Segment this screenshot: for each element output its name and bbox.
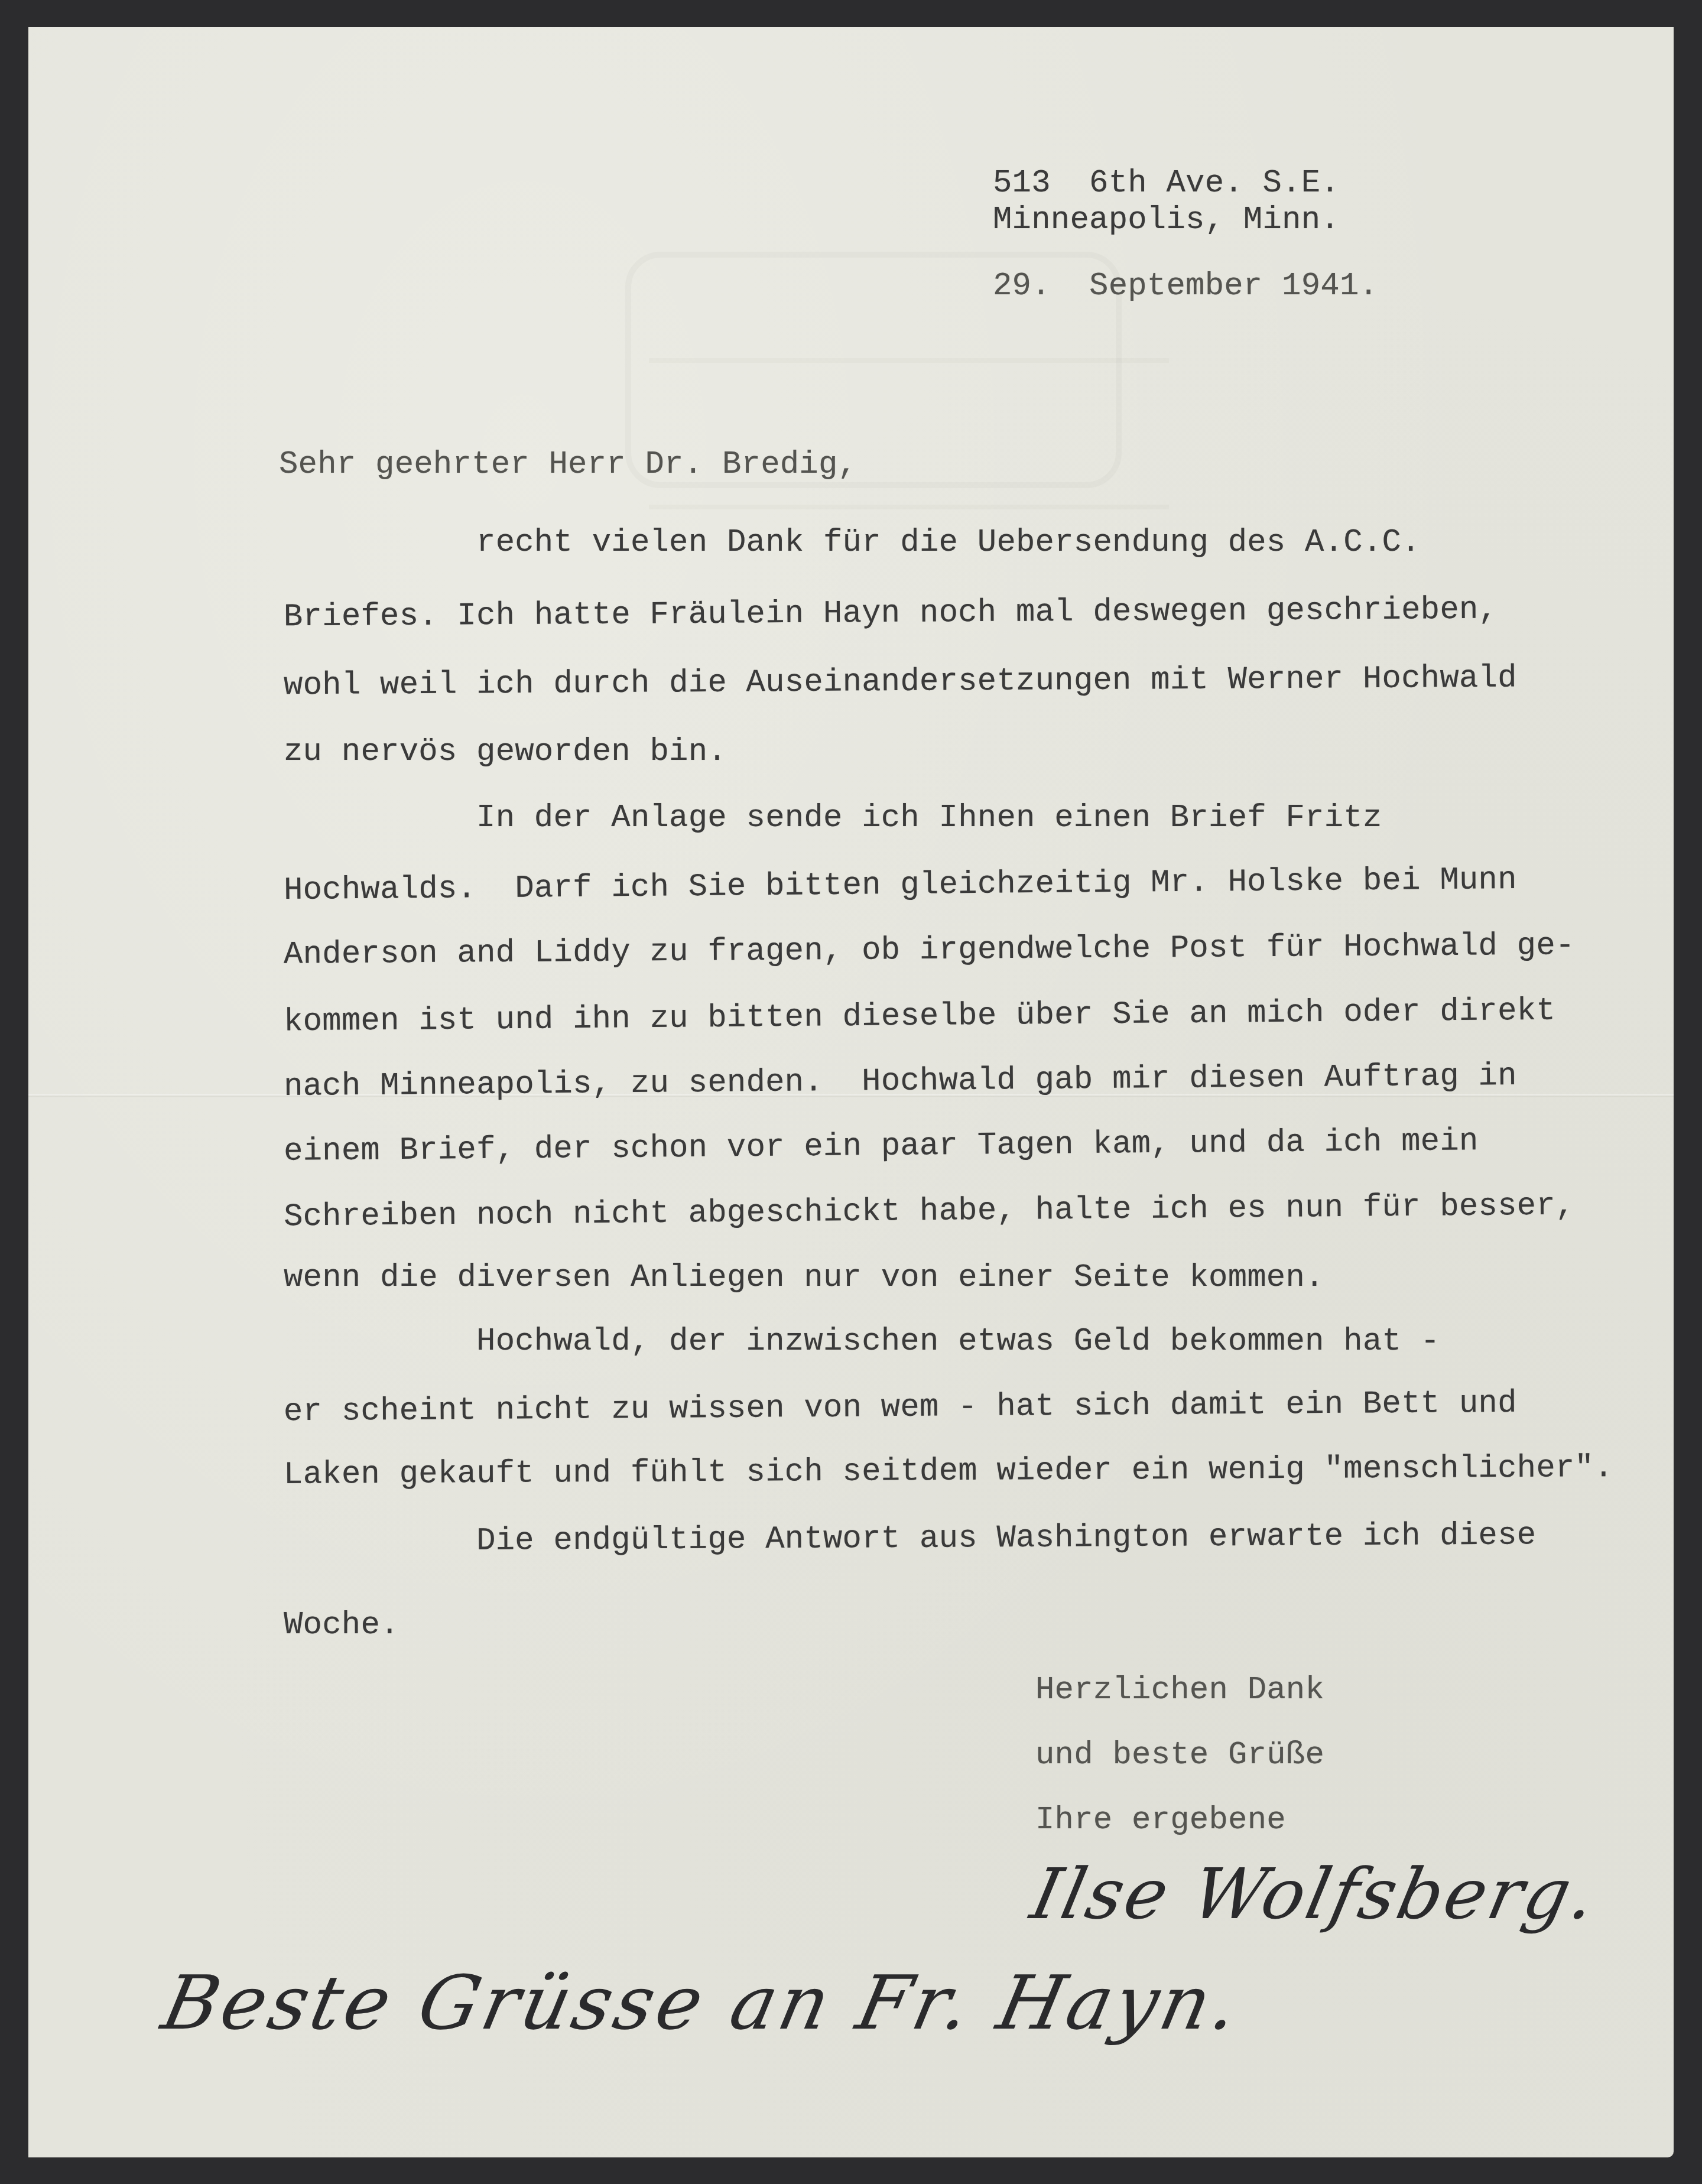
bleed-through-stamp-lines <box>649 358 1169 509</box>
sender-address-line-2: Minneapolis, Minn. <box>993 204 1340 236</box>
handwritten-signature: Ilse Wolfsberg. <box>1024 1853 1605 1935</box>
body-line: kommen ist und ihn zu bitten dieselbe üb… <box>284 996 1555 1039</box>
body-line: Woche. <box>284 1610 399 1642</box>
body-line: zu nervös geworden bin. <box>284 736 727 768</box>
salutation: Sehr geehrter Herr Dr. Bredig, <box>279 449 857 481</box>
sender-address-line-1: 513 6th Ave. S.E. <box>993 168 1340 200</box>
body-line: In der Anlage sende ich Ihnen einen Brie… <box>284 802 1382 834</box>
handwritten-postscript: Beste Grüsse an Fr. Hayn. <box>155 1959 1249 2046</box>
body-line: wenn die diversen Anliegen nur von einer… <box>284 1262 1324 1294</box>
body-line: einem Brief, der schon vor ein paar Tage… <box>284 1126 1479 1168</box>
closing-line-1: Herzlichen Dank <box>1035 1675 1324 1707</box>
letter-page: 513 6th Ave. S.E. Minneapolis, Minn. 29.… <box>28 27 1674 2157</box>
body-line: Briefes. Ich hatte Fräulein Hayn noch ma… <box>284 594 1498 634</box>
closing-line-3: Ihre ergebene <box>1035 1805 1286 1837</box>
body-line: er scheint nicht zu wissen von wem - hat… <box>284 1388 1517 1429</box>
closing-line-2: und beste Grüße <box>1035 1740 1324 1772</box>
body-line: wohl weil ich durch die Auseinandersetzu… <box>284 663 1517 703</box>
body-line: Hochwald, der inzwischen etwas Geld beko… <box>284 1326 1440 1358</box>
body-line: Laken gekauft und fühlt sich seitdem wie… <box>284 1452 1613 1491</box>
body-line: Die endgültige Antwort aus Washington er… <box>284 1520 1537 1558</box>
body-line: recht vielen Dank für die Uebersendung d… <box>284 527 1421 559</box>
body-line: Schreiben noch nicht abgeschickt habe, h… <box>284 1190 1575 1233</box>
body-line: Hochwalds. Darf ich Sie bitten gleichzei… <box>284 864 1517 907</box>
body-line: Anderson and Liddy zu fragen, ob irgendw… <box>284 930 1575 971</box>
letter-date: 29. September 1941. <box>993 271 1378 303</box>
